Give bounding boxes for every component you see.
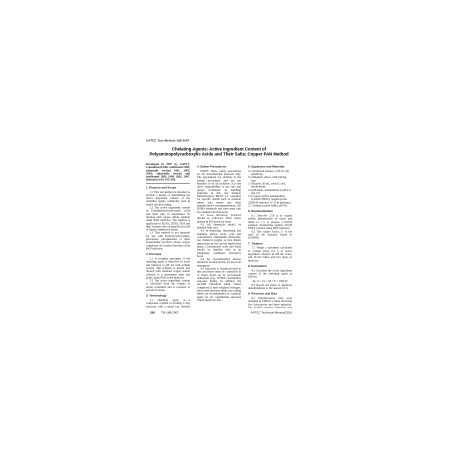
body-paragraph: 6.1 Dissolve 2.50 g of copper sulfate pe…	[248, 215, 292, 231]
body-paragraph: 7.1 Weigh a specimen calculated to conta…	[248, 247, 292, 263]
body-paragraph: 1.1 This test method is intended to prov…	[146, 191, 190, 207]
section-heading: 2. Principle	[146, 253, 190, 256]
column-1: Developed in 1987 by AATCC Committee RA8…	[146, 163, 190, 308]
section-heading: 9. Precision and Bias	[248, 293, 292, 296]
method-number-header: AATCC Test Method 168-2007	[146, 140, 189, 143]
page-title: Chelating Agents: Active Ingredient Cont…	[146, 147, 292, 157]
body-paragraph: 3.1 chelating agent, n.—a compound capab…	[146, 299, 190, 308]
body-paragraph: 1.2 The active ingredient content of pol…	[146, 207, 190, 232]
footer-page-number: 290	[150, 312, 155, 315]
section-heading: 6. Standardization	[248, 210, 292, 213]
body-paragraph: 6.2 The copper factor, F, is the ratio o…	[248, 230, 292, 239]
list-item: 5.7 Sodium acetate buffer, pH 4.6.	[248, 205, 292, 208]
footer-manual-ref: AATCC Technical Manual/2010	[251, 312, 292, 315]
body-paragraph: 9.1 Interlaboratory data were obtained i…	[248, 297, 292, 308]
page-content: AATCC Test Method 168-2007 Chelating Age…	[0, 0, 458, 458]
body-paragraph: 8.1 Calculate the active ingredient cont…	[248, 269, 292, 278]
history-note: Developed in 1987 by AATCC Committee RA8…	[146, 163, 190, 182]
body-paragraph: 4.5 Exposure to chemicals used in this p…	[197, 268, 241, 303]
formula-line: AI, % = (V × M × E × 100)/W	[248, 280, 292, 283]
section-heading: 5. Apparatus and Materials	[248, 166, 292, 169]
body-paragraph: 1.3 This method is not intended for use …	[146, 232, 190, 251]
list-item: 5.5 Copper sulfate pentahydrate (CuSO4·5…	[248, 195, 292, 201]
body-paragraph: 8.2 Report the mean of duplicate determi…	[248, 284, 292, 290]
column-3: 5. Apparatus and Materials5.1 Analytical…	[248, 163, 292, 308]
column-2: 4. Safety PrecautionsNOTE: These safety …	[197, 163, 241, 308]
intro-divider-rule	[146, 183, 190, 184]
section-heading: 8. Calculation	[248, 265, 292, 268]
section-heading: 4. Safety Precautions	[197, 166, 241, 169]
body-paragraph: NOTE: These safety precautions are for i…	[197, 170, 241, 214]
page-footer: 290TM 168-2007 AATCC Technical Manual/20…	[146, 312, 292, 317]
page-title-line2: Polyaminopolycarboxylic Acids and Their …	[146, 152, 292, 157]
section-heading: 3. Terminology	[146, 295, 190, 298]
footer-method-ref: TM 168-2007	[161, 312, 179, 315]
body-paragraph: 2.2 The active ingredient content is cal…	[146, 280, 190, 293]
section-heading: 7. Titration	[248, 242, 292, 245]
body-paragraph: 4.4 An eyewash/safety shower should be l…	[197, 258, 241, 267]
body-paragraph: 2.1 A weighed specimen of the chelating …	[146, 258, 190, 280]
body-paragraph: 4.1 Good laboratory practices should be …	[197, 214, 241, 223]
section-heading: 1. Purpose and Scope	[146, 186, 190, 189]
document-page: AATCC Test Method 168-2007 Chelating Age…	[0, 0, 458, 458]
footer-left: 290TM 168-2007	[150, 312, 179, 315]
body-paragraph: 4.3 In preparing, dispensing and handlin…	[197, 230, 241, 258]
body-columns: Developed in 1987 by AATCC Committee RA8…	[146, 163, 292, 308]
